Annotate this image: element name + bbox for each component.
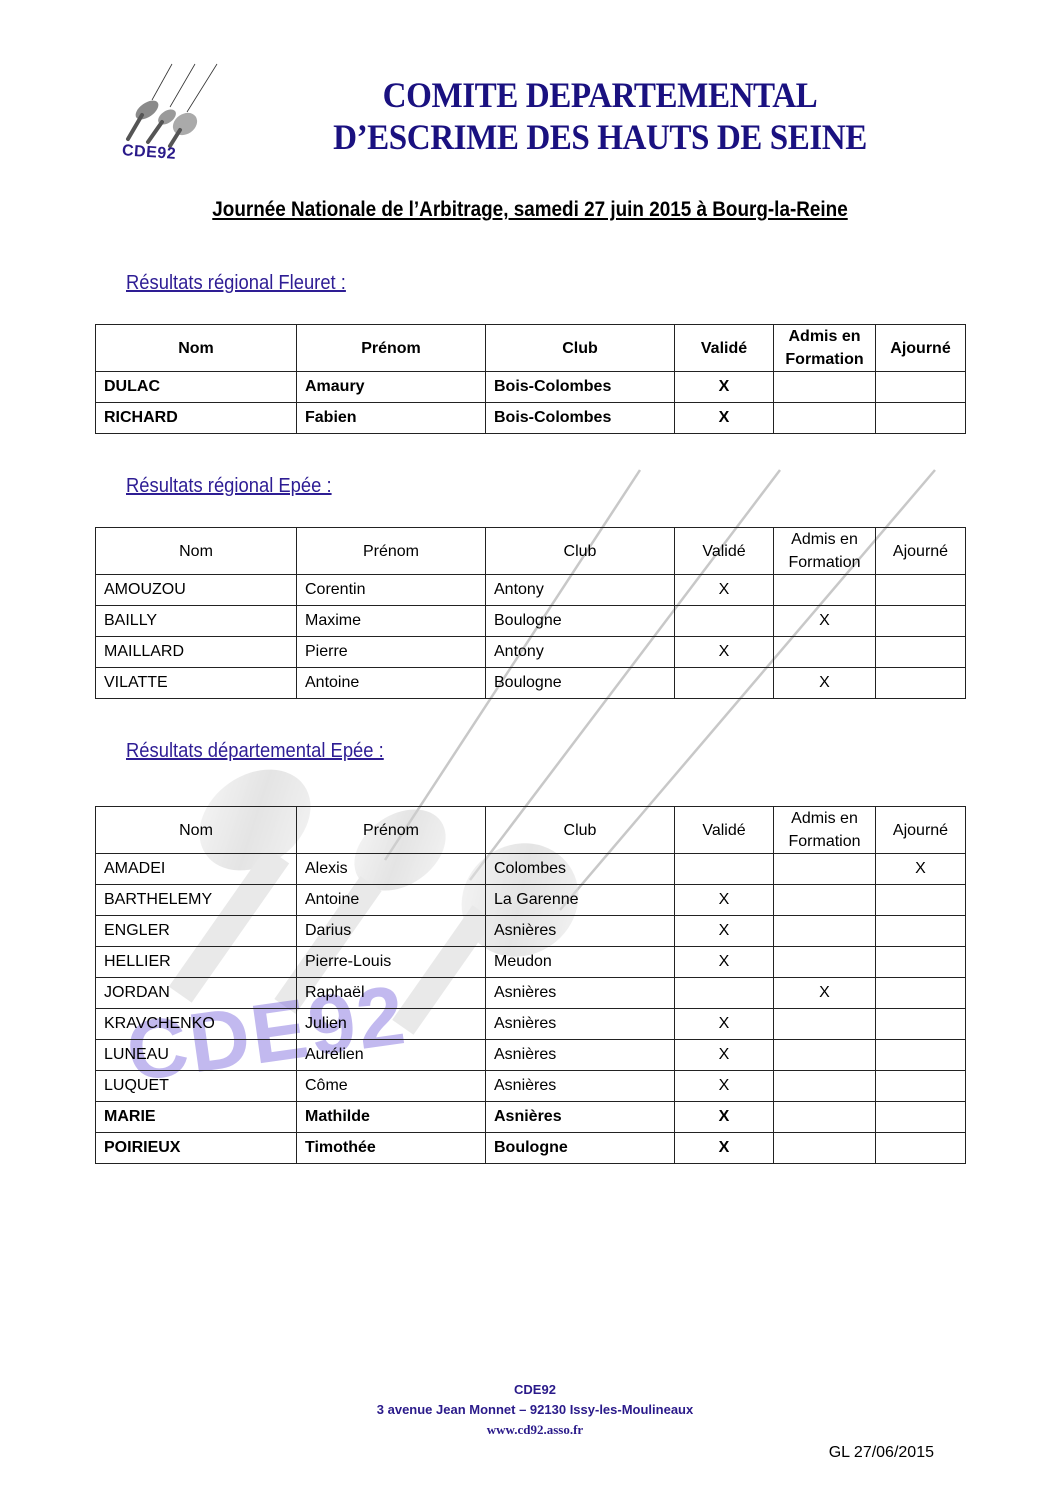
cell-nom: DULAC xyxy=(96,372,297,403)
table-header-row: NomPrénomClubValidéAdmis en FormationAjo… xyxy=(96,325,966,372)
footer-website-link[interactable]: www.cd92.asso.fr xyxy=(330,1420,740,1440)
cell-prenom: Antoine xyxy=(297,885,486,916)
cell-club: Asnières xyxy=(486,978,675,1009)
cell-admis-en-formation xyxy=(774,372,876,403)
cell-nom: MARIE xyxy=(96,1102,297,1133)
cell-club: Bois-Colombes xyxy=(486,372,675,403)
cell-nom: AMADEI xyxy=(96,854,297,885)
org-title-line-2: D’ESCRIME DES HAUTS DE SEINE xyxy=(315,116,885,158)
cell-prenom: Fabien xyxy=(297,403,486,434)
cell-club: Colombes xyxy=(486,854,675,885)
cell-prenom: Aurélien xyxy=(297,1040,486,1071)
cell-valide xyxy=(675,978,774,1009)
cell-club: Meudon xyxy=(486,947,675,978)
cell-nom: MAILLARD xyxy=(96,637,297,668)
table-row: AMADEIAlexisColombesX xyxy=(96,854,966,885)
cell-valide xyxy=(675,606,774,637)
table-row: HELLIERPierre-LouisMeudonX xyxy=(96,947,966,978)
column-header-ajourne: Ajourné xyxy=(876,325,966,372)
cell-nom: LUQUET xyxy=(96,1071,297,1102)
cell-ajourne xyxy=(876,1133,966,1164)
cell-admis-en-formation: X xyxy=(774,978,876,1009)
cell-club: Asnières xyxy=(486,916,675,947)
table-row: DULACAmauryBois-ColombesX xyxy=(96,372,966,403)
cell-valide xyxy=(675,854,774,885)
cell-ajourne xyxy=(876,575,966,606)
cell-ajourne xyxy=(876,978,966,1009)
column-header-ajourne: Ajourné xyxy=(876,528,966,575)
cell-valide: X xyxy=(675,1009,774,1040)
cell-admis-en-formation xyxy=(774,1040,876,1071)
cell-ajourne xyxy=(876,403,966,434)
section-title-epee-regional: Résultats régional Epée : xyxy=(126,475,332,498)
cell-valide: X xyxy=(675,1133,774,1164)
cell-prenom: Timothée xyxy=(297,1133,486,1164)
cell-club: Asnières xyxy=(486,1071,675,1102)
column-header-club: Club xyxy=(486,528,675,575)
cell-prenom: Darius xyxy=(297,916,486,947)
table-row: BARTHELEMYAntoineLa GarenneX xyxy=(96,885,966,916)
cell-admis-en-formation xyxy=(774,403,876,434)
cell-ajourne xyxy=(876,372,966,403)
column-header-nom: Nom xyxy=(96,325,297,372)
cell-club: Asnières xyxy=(486,1040,675,1071)
cell-nom: VILATTE xyxy=(96,668,297,699)
column-header-nom: Nom xyxy=(96,807,297,854)
cell-nom: BARTHELEMY xyxy=(96,885,297,916)
cell-prenom: Pierre-Louis xyxy=(297,947,486,978)
cell-admis-en-formation: X xyxy=(774,606,876,637)
column-header-prenom: Prénom xyxy=(297,807,486,854)
column-header-admis-en-formation: Admis en Formation xyxy=(774,325,876,372)
cell-admis-en-formation xyxy=(774,885,876,916)
cell-admis-en-formation xyxy=(774,947,876,978)
cell-ajourne xyxy=(876,916,966,947)
column-header-valide: Validé xyxy=(675,528,774,575)
results-table-epee-departemental: NomPrénomClubValidéAdmis en FormationAjo… xyxy=(95,806,966,1164)
cell-club: Antony xyxy=(486,637,675,668)
cell-prenom: Corentin xyxy=(297,575,486,606)
cell-valide: X xyxy=(675,916,774,947)
document-page: CDE92 CDE92 COMITE DEPARTEMENTAL D’ESCRI… xyxy=(0,0,1058,1497)
cell-club: Boulogne xyxy=(486,1133,675,1164)
cell-club: La Garenne xyxy=(486,885,675,916)
cell-club: Asnières xyxy=(486,1009,675,1040)
column-header-admis-en-formation: Admis en Formation xyxy=(774,528,876,575)
table-header-row: NomPrénomClubValidéAdmis en FormationAjo… xyxy=(96,528,966,575)
cell-prenom: Julien xyxy=(297,1009,486,1040)
cell-valide: X xyxy=(675,403,774,434)
table-header-row: NomPrénomClubValidéAdmis en FormationAjo… xyxy=(96,807,966,854)
signature-date: GL 27/06/2015 xyxy=(829,1444,934,1462)
table-row: LUNEAUAurélienAsnièresX xyxy=(96,1040,966,1071)
cell-nom: JORDAN xyxy=(96,978,297,1009)
logo-text: CDE92 xyxy=(121,142,176,164)
cell-ajourne xyxy=(876,1040,966,1071)
cell-nom: BAILLY xyxy=(96,606,297,637)
cell-valide: X xyxy=(675,1071,774,1102)
table-row: ENGLERDariusAsnièresX xyxy=(96,916,966,947)
cell-valide: X xyxy=(675,885,774,916)
cell-valide: X xyxy=(675,637,774,668)
cell-prenom: Maxime xyxy=(297,606,486,637)
cell-club: Bois-Colombes xyxy=(486,403,675,434)
section-title-fleuret: Résultats régional Fleuret : xyxy=(126,272,346,295)
table-row: JORDANRaphaëlAsnièresX xyxy=(96,978,966,1009)
cell-ajourne xyxy=(876,1071,966,1102)
org-title: COMITE DEPARTEMENTAL D’ESCRIME DES HAUTS… xyxy=(315,74,885,158)
cell-ajourne xyxy=(876,1009,966,1040)
footer-address: 3 avenue Jean Monnet – 92130 Issy-les-Mo… xyxy=(330,1400,740,1420)
cell-ajourne xyxy=(876,668,966,699)
cell-valide: X xyxy=(675,947,774,978)
cell-valide: X xyxy=(675,575,774,606)
cell-admis-en-formation xyxy=(774,1009,876,1040)
column-header-valide: Validé xyxy=(675,325,774,372)
cell-ajourne: X xyxy=(876,854,966,885)
cell-club: Asnières xyxy=(486,1102,675,1133)
cde92-logo: CDE92 xyxy=(112,62,222,172)
cell-prenom: Alexis xyxy=(297,854,486,885)
cell-nom: ENGLER xyxy=(96,916,297,947)
footer-org: CDE92 xyxy=(330,1380,740,1400)
column-header-prenom: Prénom xyxy=(297,528,486,575)
table-row: MAILLARDPierreAntonyX xyxy=(96,637,966,668)
cell-club: Antony xyxy=(486,575,675,606)
column-header-prenom: Prénom xyxy=(297,325,486,372)
cell-admis-en-formation xyxy=(774,1071,876,1102)
table-row: BAILLYMaximeBoulogneX xyxy=(96,606,966,637)
results-table-epee-regional: NomPrénomClubValidéAdmis en FormationAjo… xyxy=(95,527,966,699)
table-row: LUQUETCômeAsnièresX xyxy=(96,1071,966,1102)
cell-nom: RICHARD xyxy=(96,403,297,434)
cell-nom: KRAVCHENKO xyxy=(96,1009,297,1040)
cell-admis-en-formation xyxy=(774,1133,876,1164)
cell-ajourne xyxy=(876,885,966,916)
cell-prenom: Côme xyxy=(297,1071,486,1102)
cell-admis-en-formation xyxy=(774,916,876,947)
cell-ajourne xyxy=(876,637,966,668)
cell-ajourne xyxy=(876,947,966,978)
column-header-ajourne: Ajourné xyxy=(876,807,966,854)
table-row: VILATTEAntoineBoulogneX xyxy=(96,668,966,699)
cell-nom: LUNEAU xyxy=(96,1040,297,1071)
cell-club: Boulogne xyxy=(486,668,675,699)
cell-admis-en-formation xyxy=(774,637,876,668)
footer: CDE92 3 avenue Jean Monnet – 92130 Issy-… xyxy=(330,1380,740,1440)
results-table-fleuret: NomPrénomClubValidéAdmis en FormationAjo… xyxy=(95,324,966,434)
cell-club: Boulogne xyxy=(486,606,675,637)
column-header-valide: Validé xyxy=(675,807,774,854)
cell-valide xyxy=(675,668,774,699)
cell-admis-en-formation xyxy=(774,1102,876,1133)
cell-prenom: Antoine xyxy=(297,668,486,699)
cell-ajourne xyxy=(876,1102,966,1133)
table-row: POIRIEUXTimothéeBoulogneX xyxy=(96,1133,966,1164)
cell-nom: HELLIER xyxy=(96,947,297,978)
cell-ajourne xyxy=(876,606,966,637)
cell-admis-en-formation xyxy=(774,575,876,606)
table-row: RICHARDFabienBois-ColombesX xyxy=(96,403,966,434)
cell-admis-en-formation: X xyxy=(774,668,876,699)
cell-prenom: Mathilde xyxy=(297,1102,486,1133)
cell-prenom: Pierre xyxy=(297,637,486,668)
table-row: MARIEMathildeAsnièresX xyxy=(96,1102,966,1133)
event-title: Journée Nationale de l’Arbitrage, samedi… xyxy=(143,198,917,222)
cell-prenom: Raphaël xyxy=(297,978,486,1009)
cell-nom: AMOUZOU xyxy=(96,575,297,606)
section-title-epee-departemental: Résultats départemental Epée : xyxy=(126,740,384,763)
cell-valide: X xyxy=(675,1040,774,1071)
column-header-club: Club xyxy=(486,807,675,854)
cell-valide: X xyxy=(675,1102,774,1133)
table-row: AMOUZOUCorentinAntonyX xyxy=(96,575,966,606)
table-row: KRAVCHENKOJulienAsnièresX xyxy=(96,1009,966,1040)
cell-nom: POIRIEUX xyxy=(96,1133,297,1164)
cell-valide: X xyxy=(675,372,774,403)
cell-prenom: Amaury xyxy=(297,372,486,403)
cell-admis-en-formation xyxy=(774,854,876,885)
column-header-admis-en-formation: Admis en Formation xyxy=(774,807,876,854)
column-header-nom: Nom xyxy=(96,528,297,575)
org-title-line-1: COMITE DEPARTEMENTAL xyxy=(315,74,885,116)
column-header-club: Club xyxy=(486,325,675,372)
